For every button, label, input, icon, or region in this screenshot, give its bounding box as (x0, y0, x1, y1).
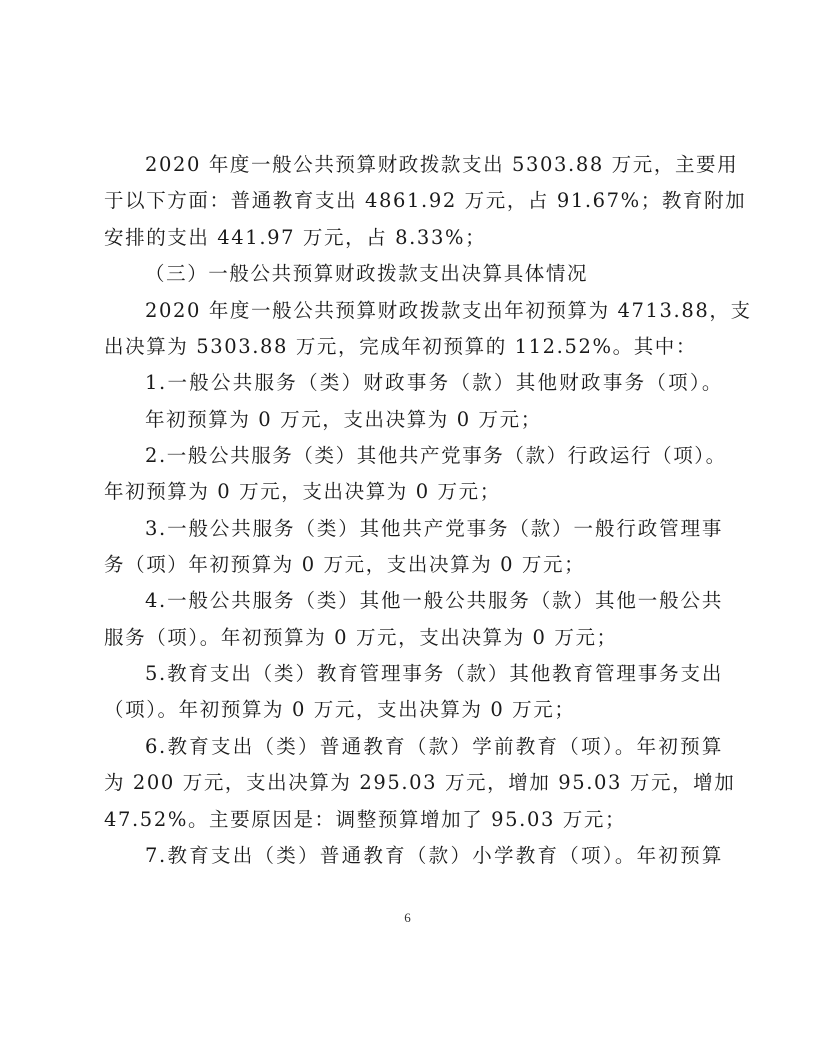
paragraph-line: 于以下方面：普通教育支出 4861.92 万元，占 91.67%；教育附加 (104, 186, 724, 216)
list-item-line: 1.一般公共服务（类）财政事务（款）其他财政事务（项）。 (145, 368, 723, 398)
list-item-line: 6.教育支出（类）普通教育（款）学前教育（项）。年初预算 (145, 732, 723, 762)
paragraph-line: 安排的支出 441.97 万元，占 8.33%； (104, 223, 724, 253)
list-item-line: 5.教育支出（类）教育管理事务（款）其他教育管理事务支出 (145, 659, 723, 689)
list-item-line: 4.一般公共服务（类）其他一般公共服务（款）其他一般公共 (145, 586, 723, 616)
document-page: 2020 年度一般公共预算财政拨款支出 5303.88 万元，主要用 于以下方面… (0, 0, 815, 1055)
list-item-line: 47.52%。主要原因是：调整预算增加了 95.03 万元； (104, 805, 724, 835)
page-number: 6 (0, 910, 815, 926)
paragraph-line: 2020 年度一般公共预算财政拨款支出年初预算为 4713.88，支 (145, 296, 723, 326)
list-item-line: 年初预算为 0 万元，支出决算为 0 万元； (104, 477, 724, 507)
list-item-line: 3.一般公共服务（类）其他共产党事务（款）一般行政管理事 (145, 514, 723, 544)
list-item-line: （项）。年初预算为 0 万元，支出决算为 0 万元； (104, 695, 724, 725)
list-item-line: 务（项）年初预算为 0 万元，支出决算为 0 万元； (104, 550, 724, 580)
list-item-line: 为 200 万元，支出决算为 295.03 万元，增加 95.03 万元，增加 (104, 768, 724, 798)
list-item-line: 年初预算为 0 万元，支出决算为 0 万元； (145, 405, 765, 435)
list-item-line: 2.一般公共服务（类）其他共产党事务（款）行政运行（项）。 (145, 441, 723, 471)
paragraph-line: 出决算为 5303.88 万元，完成年初预算的 112.52%。其中： (104, 332, 724, 362)
section-heading: （三）一般公共预算财政拨款支出决算具体情况 (145, 259, 765, 289)
list-item-line: 服务（项）。年初预算为 0 万元，支出决算为 0 万元； (104, 623, 724, 653)
list-item-line: 7.教育支出（类）普通教育（款）小学教育（项）。年初预算 (145, 841, 723, 871)
paragraph-line: 2020 年度一般公共预算财政拨款支出 5303.88 万元，主要用 (145, 150, 723, 180)
